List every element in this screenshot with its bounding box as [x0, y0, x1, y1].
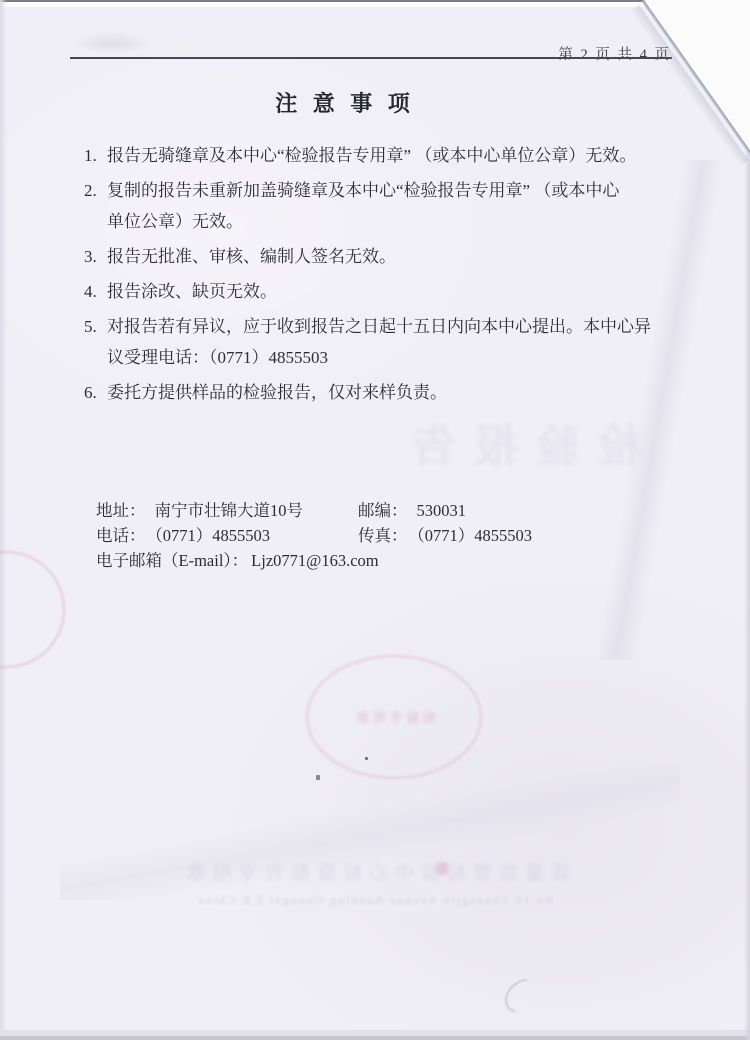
- paper-sheet: 第 2 页 共 4 页 注 意 事 项 1. 报告无骑缝章及本中心“检验报告专用…: [0, 0, 750, 1040]
- phone-field: 电话：（0771）4855503: [96, 523, 358, 548]
- email-value: Ljz0771@163.com: [251, 551, 378, 570]
- scan-smudge: [72, 32, 152, 54]
- contact-row-email: 电子邮箱（E-mail）：Ljz0771@163.com: [96, 548, 656, 573]
- page-title: 注 意 事 项: [0, 87, 690, 118]
- zip-field: 邮编：530031: [358, 498, 466, 523]
- scan-speck: [365, 757, 368, 760]
- header-rule: [70, 57, 672, 59]
- scan-edge-bottom: [0, 1036, 750, 1040]
- phone-value: （0771）4855503: [155, 526, 271, 545]
- scan-edge-left: [0, 0, 7, 1040]
- email-label: 电子邮箱（E-mail）：: [96, 551, 248, 570]
- item-line: 报告涂改、缺页无效。: [107, 276, 674, 307]
- email-field: 电子邮箱（E-mail）：Ljz0771@163.com: [96, 548, 379, 573]
- stamp-inner-text: 检验专用章: [353, 708, 436, 726]
- scanned-page: 第 2 页 共 4 页 注 意 事 项 1. 报告无骑缝章及本中心“检验报告专用…: [0, 0, 750, 1040]
- item-line: 单位公章）无效。: [107, 206, 674, 237]
- phone-label: 电话：: [96, 526, 146, 545]
- item-number: 4.: [84, 276, 97, 307]
- fax-label: 传真：: [358, 526, 408, 545]
- notice-item-4: 4. 报告涂改、缺页无效。: [84, 276, 674, 307]
- red-stamp-oval: 检验专用章: [306, 655, 482, 779]
- notice-item-3: 3. 报告无批准、审核、编制人签名无效。: [84, 241, 674, 272]
- item-number: 5.: [84, 311, 97, 342]
- notice-item-5: 5. 对报告若有异议，应于收到报告之日起十五日内向本中心提出。本中心异 议受理电…: [84, 311, 674, 373]
- item-line: 委托方提供样品的检验报告，仅对来样负责。: [107, 377, 674, 408]
- item-line: 复制的报告未重新加盖骑缝章及本中心“检验报告专用章” （或本中心: [107, 175, 674, 206]
- zip-label: 邮编：: [358, 501, 408, 520]
- scan-edge-right: [744, 150, 750, 1040]
- item-line: 议受理电话：（0771）4855503: [107, 342, 674, 373]
- notice-item-6: 6. 委托方提供样品的检验报告，仅对来样负责。: [84, 377, 674, 408]
- notice-item-2: 2. 复制的报告未重新加盖骑缝章及本中心“检验报告专用章” （或本中心 单位公章…: [84, 175, 674, 237]
- zip-value: 530031: [417, 501, 467, 520]
- item-number: 1.: [84, 140, 97, 171]
- contact-row-phone: 电话：（0771）4855503 传真：（0771）4855503: [96, 523, 656, 548]
- paper-wrinkle: [60, 760, 680, 900]
- address-value: 南宁市壮锦大道10号: [155, 501, 304, 520]
- scan-speck: [690, 36, 694, 39]
- item-line: 报告无骑缝章及本中心“检验报告专用章” （或本中心单位公章）无效。: [107, 140, 674, 171]
- scan-edge-top-highlight: [0, 2, 645, 7]
- item-number: 3.: [84, 241, 97, 272]
- contact-block: 地址：南宁市壮锦大道10号 邮编：530031 电话：（0771）4855503…: [96, 498, 656, 573]
- fax-value: （0771）4855503: [417, 526, 533, 545]
- pencil-squiggle: [498, 974, 544, 1017]
- item-number: 6.: [84, 377, 97, 408]
- fax-field: 传真：（0771）4855503: [358, 523, 532, 548]
- item-line: 报告无批准、审核、编制人签名无效。: [107, 241, 674, 272]
- address-field: 地址：南宁市壮锦大道10号: [96, 498, 358, 523]
- scan-speck: [316, 775, 320, 780]
- item-number: 2.: [84, 175, 97, 206]
- contact-row-address: 地址：南宁市壮锦大道10号 邮编：530031: [96, 498, 656, 523]
- item-line: 对报告若有异议，应于收到报告之日起十五日内向本中心提出。本中心异: [107, 311, 674, 342]
- notice-list: 1. 报告无骑缝章及本中心“检验报告专用章” （或本中心单位公章）无效。 2. …: [84, 140, 674, 412]
- address-label: 地址：: [96, 501, 146, 520]
- red-stamp-left-partial: [0, 551, 65, 668]
- notice-item-1: 1. 报告无骑缝章及本中心“检验报告专用章” （或本中心单位公章）无效。: [84, 140, 674, 171]
